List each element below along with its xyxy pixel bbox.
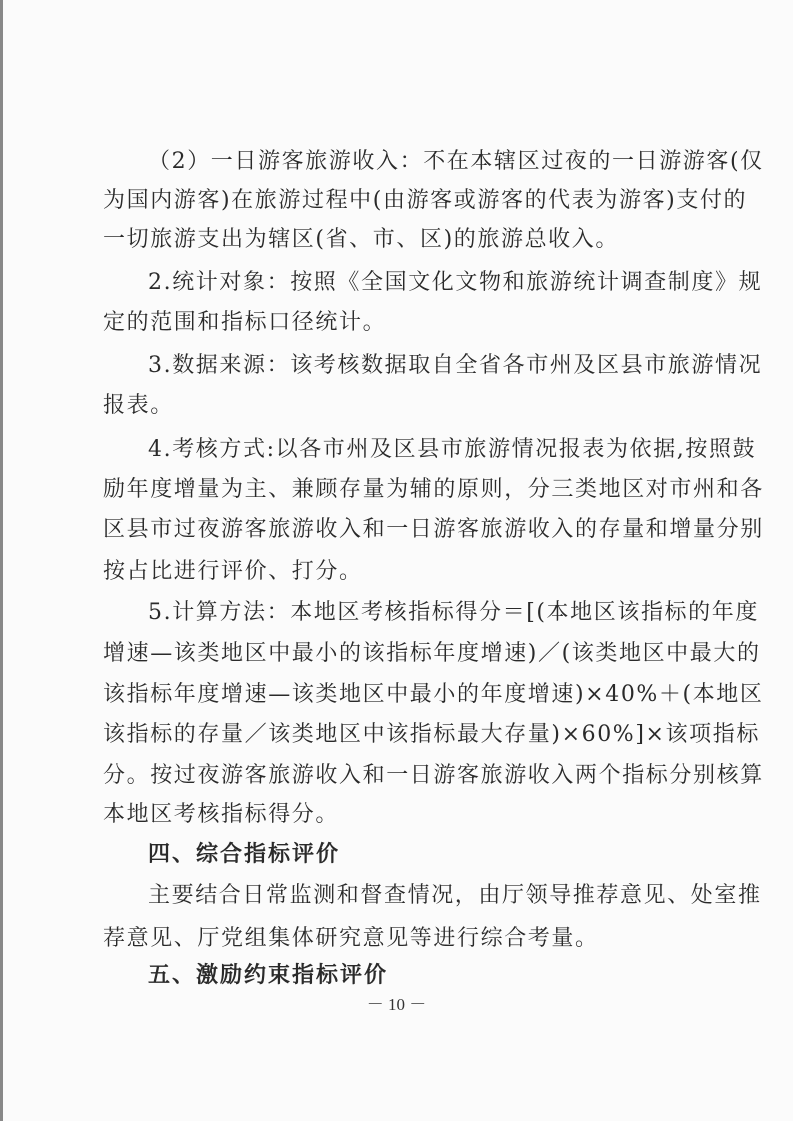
paragraph-line: 励年度增量为主、兼顾存量为辅的原则，分三类地区对市州和各 (103, 475, 693, 505)
paragraph-line: 报表。 (103, 391, 693, 421)
paragraph-line: 荐意见、厅党组集体研究意见等进行综合考量。 (103, 924, 693, 954)
paragraph-line: 本地区考核指标得分。 (103, 800, 693, 830)
paragraph-line: 该指标的存量／该类地区中该指标最大存量)×60%]×该项指标 (103, 720, 693, 750)
paragraph-line: 2.统计对象：按照《全国文化文物和旅游统计调查制度》规 (148, 268, 738, 298)
paragraph-line: 分。按过夜游客旅游收入和一日游客旅游收入两个指标分别核算 (103, 761, 693, 791)
paragraph-line: 5.计算方法：本地区考核指标得分＝[(本地区该指标的年度 (148, 598, 738, 628)
paragraph-line: 4.考核方式:以各市州及区县市旅游情况报表为依据,按照鼓 (148, 435, 738, 465)
section-heading: 四、综合指标评价 (148, 840, 738, 870)
paragraph-line: 一切旅游支出为辖区(省、市、区)的旅游总收入。 (103, 225, 693, 255)
scan-edge (0, 0, 3, 1121)
section-heading: 五、激励约束指标评价 (148, 961, 738, 991)
paragraph-line: （2）一日游客旅游收入：不在本辖区过夜的一日游游客(仅 (148, 147, 738, 177)
paragraph-line: 按占比进行评价、打分。 (103, 557, 693, 587)
paragraph-line: 区县市过夜游客旅游收入和一日游客旅游收入的存量和增量分别 (103, 515, 693, 545)
paragraph-line: 主要结合日常监测和督查情况，由厅领导推荐意见、处室推 (148, 881, 738, 911)
paragraph-line: 3.数据来源：该考核数据取自全省各市州及区县市旅游情况 (148, 351, 738, 381)
paragraph-line: 定的范围和指标口径统计。 (103, 308, 693, 338)
page-number: － 10 － (0, 990, 793, 1015)
paragraph-line: 增速—该类地区中最小的该指标年度增速)／(该类地区中最大的 (103, 639, 693, 669)
paragraph-line: 该指标年度增速—该类地区中最小的年度增速)×40%＋(本地区 (103, 680, 693, 710)
paragraph-line: 为国内游客)在旅游过程中(由游客或游客的代表为游客)支付的 (103, 186, 693, 216)
